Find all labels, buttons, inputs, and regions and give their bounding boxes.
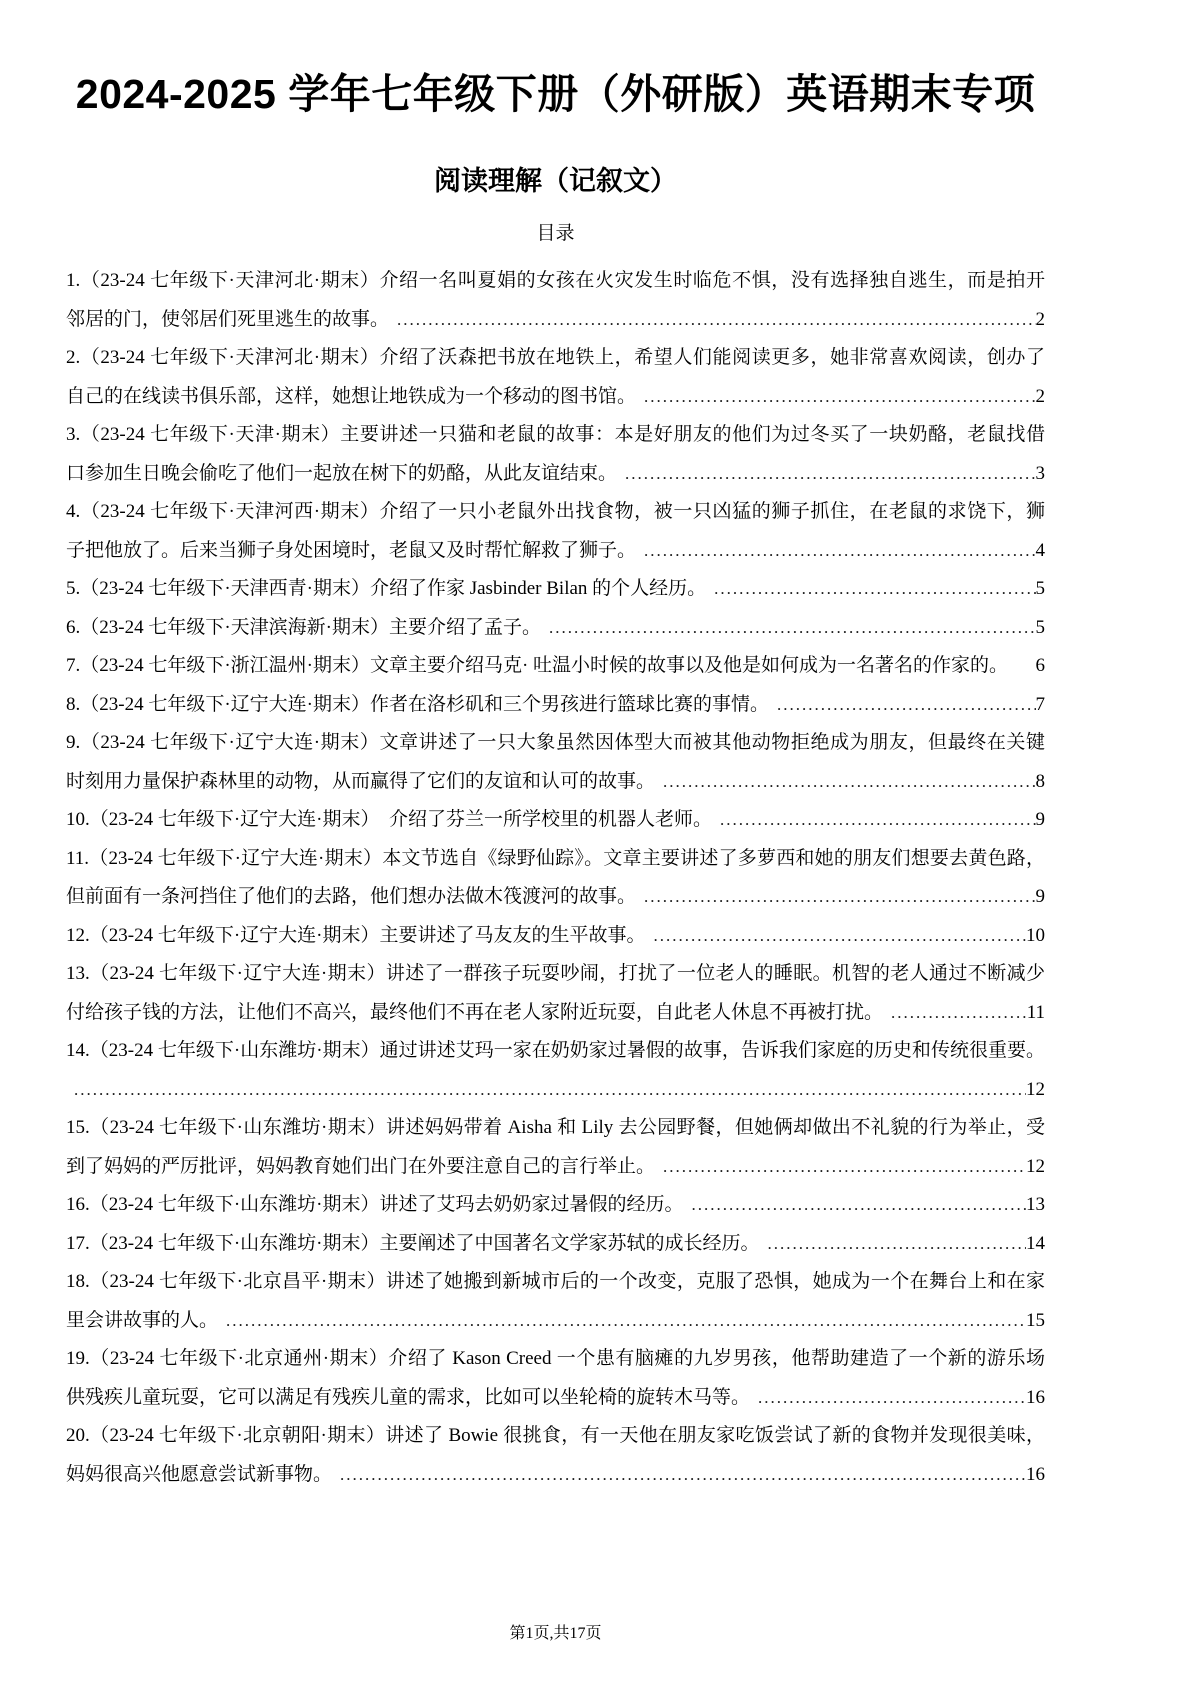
toc-entry-text: 到了妈妈的严厉批评，妈妈教育她们出门在外要注意自己的言行举止。 (66, 1148, 655, 1187)
toc-entry-4: 4.（23-24 七年级下·天津河西·期末）介绍了一只小老鼠外出找食物，被一只凶… (66, 493, 1045, 570)
toc-entry-line: 1.（23-24 七年级下·天津河北·期末）介绍一名叫夏娟的女孩在火灾发生时临危… (66, 262, 1045, 301)
toc-leader: ........................................… (663, 1148, 1026, 1187)
toc-entry-text: 6.（23-24 七年级下·天津滨海新·期末）主要介绍了孟子。 (66, 609, 541, 648)
toc-page-number: 8 (1036, 763, 1046, 802)
toc-entry-lastline: 子把他放了。后来当狮子身处困境时，老鼠又及时帮忙解救了狮子。..........… (66, 532, 1045, 571)
toc-entry-lastline: 8.（23-24 七年级下·辽宁大连·期末）作者在洛杉矶和三个男孩进行篮球比赛的… (66, 686, 1045, 725)
toc-entry-lastline: 邻居的门，使邻居们死里逃生的故事。.......................… (66, 301, 1045, 340)
toc-entry-lastline: 供残疾儿童玩耍，它可以满足有残疾儿童的需求，比如可以坐轮椅的旋转木马等。....… (66, 1379, 1045, 1418)
toc-entry-2: 2.（23-24 七年级下·天津河北·期末）介绍了沃森把书放在地铁上，希望人们能… (66, 339, 1045, 416)
toc-leader: ........................................… (644, 878, 1035, 917)
toc-entry-14: 14.（23-24 七年级下·山东潍坊·期末）通过讲述艾玛一家在奶奶家过暑假的故… (66, 1032, 1045, 1109)
toc-page-number: 15 (1026, 1302, 1045, 1341)
toc-entry-text: 子把他放了。后来当狮子身处困境时，老鼠又及时帮忙解救了狮子。 (66, 532, 636, 571)
toc-entry-text: 供残疾儿童玩耍，它可以满足有残疾儿童的需求，比如可以坐轮椅的旋转木马等。 (66, 1379, 750, 1418)
toc-entry-lastline: 时刻用力量保护森林里的动物，从而赢得了它们的友谊和认可的故事。.........… (66, 763, 1045, 802)
toc-leader: ........................................… (549, 609, 1036, 648)
toc-entry-6: 6.（23-24 七年级下·天津滨海新·期末）主要介绍了孟子。.........… (66, 609, 1045, 648)
toc-leader: ........................................… (758, 1379, 1026, 1418)
toc-page-number: 16 (1026, 1379, 1045, 1418)
toc-page-number: 14 (1026, 1225, 1045, 1264)
toc-entry-10: 10.（23-24 七年级下·辽宁大连·期末） 介绍了芬兰一所学校里的机器人老师… (66, 801, 1045, 840)
toc-entry-7: 7.（23-24 七年级下·浙江温州·期末）文章主要介绍马克· 吐温小时候的故事… (66, 647, 1045, 686)
toc-entry-19: 19.（23-24 七年级下·北京通州·期末）介绍了 Kason Creed 一… (66, 1340, 1045, 1417)
toc-entry-13: 13.（23-24 七年级下·辽宁大连·期末）讲述了一群孩子玩耍吵闹，打扰了一位… (66, 955, 1045, 1032)
toc-leader: ........................................… (644, 532, 1035, 571)
toc-page-number: 11 (1027, 994, 1045, 1033)
toc-entry-lastline: 到了妈妈的严厉批评，妈妈教育她们出门在外要注意自己的言行举止。.........… (66, 1148, 1045, 1187)
toc-leader: ........................................… (340, 1456, 1026, 1495)
toc-page-number: 16 (1026, 1456, 1045, 1495)
toc-page-number: 4 (1036, 532, 1046, 571)
toc-entry-text: 妈妈很高兴他愿意尝试新事物。 (66, 1456, 332, 1495)
toc-entry-lastline: 12.（23-24 七年级下·辽宁大连·期末）主要讲述了马友友的生平故事。...… (66, 917, 1045, 956)
toc-entry-8: 8.（23-24 七年级下·辽宁大连·期末）作者在洛杉矶和三个男孩进行篮球比赛的… (66, 686, 1045, 725)
toc-entry-text: 里会讲故事的人。 (66, 1302, 218, 1341)
toc-page-number: 2 (1036, 301, 1046, 340)
toc-entry-text: 5.（23-24 七年级下·天津西青·期末）介绍了作家 Jasbinder Bi… (66, 570, 706, 609)
toc-entry-line: 3.（23-24 七年级下·天津·期末）主要讲述一只猫和老鼠的故事：本是好朋友的… (66, 416, 1045, 455)
toc-entry-text: 付给孩子钱的方法，让他们不高兴，最终他们不再在老人家附近玩耍，自此老人休息不再被… (66, 994, 883, 1033)
toc-leader: ........................................… (691, 1186, 1026, 1225)
toc-page-number: 5 (1036, 570, 1046, 609)
toc-entry-11: 11.（23-24 七年级下·辽宁大连·期末）本文节选自《绿野仙踪》。文章主要讲… (66, 840, 1045, 917)
toc-leader: ........................................… (663, 763, 1035, 802)
toc-entry-text: 8.（23-24 七年级下·辽宁大连·期末）作者在洛杉矶和三个男孩进行篮球比赛的… (66, 686, 769, 725)
toc-entry-15: 15.（23-24 七年级下·山东潍坊·期末）讲述妈妈带着 Aisha 和 Li… (66, 1109, 1045, 1186)
toc-leader: ........................................… (644, 378, 1035, 417)
document-page: 2024-2025 学年七年级下册（外研版）英语期末专项 阅读理解（记叙文） 目… (0, 0, 1190, 1682)
toc-page-number: 7 (1036, 686, 1046, 725)
toc-page-number: 12 (1026, 1148, 1045, 1187)
toc-leader: ........................................… (720, 801, 1036, 840)
toc-leader: ........................................… (891, 994, 1027, 1033)
toc-leader: ........................................… (653, 917, 1026, 956)
toc-entry-lastline: 付给孩子钱的方法，让他们不高兴，最终他们不再在老人家附近玩耍，自此老人休息不再被… (66, 994, 1045, 1033)
toc-entry-20: 20.（23-24 七年级下·北京朝阳·期末）讲述了 Bowie 很挑食，有一天… (66, 1417, 1045, 1494)
toc-entry-line: 20.（23-24 七年级下·北京朝阳·期末）讲述了 Bowie 很挑食，有一天… (66, 1417, 1045, 1456)
toc-entry-lastline: ........................................… (66, 1071, 1045, 1110)
toc-page-number: 10 (1026, 917, 1045, 956)
toc-entry-text: 邻居的门，使邻居们死里逃生的故事。 (66, 301, 389, 340)
toc-entry-line: 11.（23-24 七年级下·辽宁大连·期末）本文节选自《绿野仙踪》。文章主要讲… (66, 840, 1045, 879)
toc-entry-lastline: 7.（23-24 七年级下·浙江温州·期末）文章主要介绍马克· 吐温小时候的故事… (66, 647, 1045, 686)
document-title: 2024-2025 学年七年级下册（外研版）英语期末专项 (66, 70, 1045, 118)
toc-entry-line: 2.（23-24 七年级下·天津河北·期末）介绍了沃森把书放在地铁上，希望人们能… (66, 339, 1045, 378)
toc-entry-line: 19.（23-24 七年级下·北京通州·期末）介绍了 Kason Creed 一… (66, 1340, 1045, 1379)
toc-entry-text: 自己的在线读书俱乐部，这样，她想让地铁成为一个移动的图书馆。 (66, 378, 636, 417)
toc-leader: ........................................… (625, 455, 1035, 494)
toc-page-number: 6 (1036, 647, 1046, 686)
toc-entry-text: 10.（23-24 七年级下·辽宁大连·期末） 介绍了芬兰一所学校里的机器人老师… (66, 801, 712, 840)
toc-entry-line: 18.（23-24 七年级下·北京昌平·期末）讲述了她搬到新城市后的一个改变，克… (66, 1263, 1045, 1302)
toc-entry-line: 14.（23-24 七年级下·山东潍坊·期末）通过讲述艾玛一家在奶奶家过暑假的故… (66, 1032, 1045, 1071)
toc-entry-lastline: 5.（23-24 七年级下·天津西青·期末）介绍了作家 Jasbinder Bi… (66, 570, 1045, 609)
toc-page-number: 2 (1036, 378, 1046, 417)
toc-entry-text: 12.（23-24 七年级下·辽宁大连·期末）主要讲述了马友友的生平故事。 (66, 917, 645, 956)
toc-list: 1.（23-24 七年级下·天津河北·期末）介绍一名叫夏娟的女孩在火灾发生时临危… (66, 262, 1045, 1494)
toc-entry-5: 5.（23-24 七年级下·天津西青·期末）介绍了作家 Jasbinder Bi… (66, 570, 1045, 609)
toc-entry-line: 9.（23-24 七年级下·辽宁大连·期末）文章讲述了一只大象虽然因体型大而被其… (66, 724, 1045, 763)
toc-entry-3: 3.（23-24 七年级下·天津·期末）主要讲述一只猫和老鼠的故事：本是好朋友的… (66, 416, 1045, 493)
toc-leader: ........................................… (74, 1071, 1026, 1110)
toc-entry-9: 9.（23-24 七年级下·辽宁大连·期末）文章讲述了一只大象虽然因体型大而被其… (66, 724, 1045, 801)
toc-page-number: 3 (1036, 455, 1046, 494)
toc-entry-text: 16.（23-24 七年级下·山东潍坊·期末）讲述了艾玛去奶奶家过暑假的经历。 (66, 1186, 683, 1225)
toc-entry-text: 7.（23-24 七年级下·浙江温州·期末）文章主要介绍马克· 吐温小时候的故事… (66, 647, 1008, 686)
toc-entry-lastline: 6.（23-24 七年级下·天津滨海新·期末）主要介绍了孟子。.........… (66, 609, 1045, 648)
toc-entry-1: 1.（23-24 七年级下·天津河北·期末）介绍一名叫夏娟的女孩在火灾发生时临危… (66, 262, 1045, 339)
toc-leader: ........................................… (226, 1302, 1026, 1341)
toc-entry-line: 4.（23-24 七年级下·天津河西·期末）介绍了一只小老鼠外出找食物，被一只凶… (66, 493, 1045, 532)
toc-leader: ........................................… (397, 301, 1035, 340)
toc-entry-lastline: 自己的在线读书俱乐部，这样，她想让地铁成为一个移动的图书馆。..........… (66, 378, 1045, 417)
toc-page-number: 12 (1026, 1071, 1045, 1110)
toc-entry-lastline: 口参加生日晚会偷吃了他们一起放在树下的奶酪，从此友谊结束。...........… (66, 455, 1045, 494)
toc-page-number: 13 (1026, 1186, 1045, 1225)
toc-page-number: 9 (1036, 801, 1046, 840)
document-subtitle: 阅读理解（记叙文） (66, 162, 1045, 200)
toc-page-number: 5 (1036, 609, 1046, 648)
toc-leader: ........................................… (714, 570, 1035, 609)
toc-entry-12: 12.（23-24 七年级下·辽宁大连·期末）主要讲述了马友友的生平故事。...… (66, 917, 1045, 956)
page-footer: 第1页,共17页 (66, 1622, 1045, 1646)
toc-heading: 目录 (66, 220, 1045, 248)
toc-entry-text: 但前面有一条河挡住了他们的去路，他们想办法做木筏渡河的故事。 (66, 878, 636, 917)
toc-entry-lastline: 但前面有一条河挡住了他们的去路，他们想办法做木筏渡河的故事。..........… (66, 878, 1045, 917)
toc-entry-16: 16.（23-24 七年级下·山东潍坊·期末）讲述了艾玛去奶奶家过暑假的经历。.… (66, 1186, 1045, 1225)
toc-leader: ........................................… (777, 686, 1036, 725)
toc-entry-text: 口参加生日晚会偷吃了他们一起放在树下的奶酪，从此友谊结束。 (66, 455, 617, 494)
toc-page-number: 9 (1036, 878, 1046, 917)
toc-entry-text: 17.（23-24 七年级下·山东潍坊·期末）主要阐述了中国著名文学家苏轼的成长… (66, 1225, 759, 1264)
toc-entry-lastline: 里会讲故事的人。................................… (66, 1302, 1045, 1341)
toc-entry-line: 15.（23-24 七年级下·山东潍坊·期末）讲述妈妈带着 Aisha 和 Li… (66, 1109, 1045, 1148)
toc-leader: ........................................… (767, 1225, 1026, 1264)
toc-entry-17: 17.（23-24 七年级下·山东潍坊·期末）主要阐述了中国著名文学家苏轼的成长… (66, 1225, 1045, 1264)
toc-entry-text: 时刻用力量保护森林里的动物，从而赢得了它们的友谊和认可的故事。 (66, 763, 655, 802)
toc-entry-18: 18.（23-24 七年级下·北京昌平·期末）讲述了她搬到新城市后的一个改变，克… (66, 1263, 1045, 1340)
toc-entry-lastline: 10.（23-24 七年级下·辽宁大连·期末） 介绍了芬兰一所学校里的机器人老师… (66, 801, 1045, 840)
toc-entry-lastline: 16.（23-24 七年级下·山东潍坊·期末）讲述了艾玛去奶奶家过暑假的经历。.… (66, 1186, 1045, 1225)
toc-entry-lastline: 17.（23-24 七年级下·山东潍坊·期末）主要阐述了中国著名文学家苏轼的成长… (66, 1225, 1045, 1264)
toc-entry-line: 13.（23-24 七年级下·辽宁大连·期末）讲述了一群孩子玩耍吵闹，打扰了一位… (66, 955, 1045, 994)
toc-entry-lastline: 妈妈很高兴他愿意尝试新事物。..........................… (66, 1456, 1045, 1495)
